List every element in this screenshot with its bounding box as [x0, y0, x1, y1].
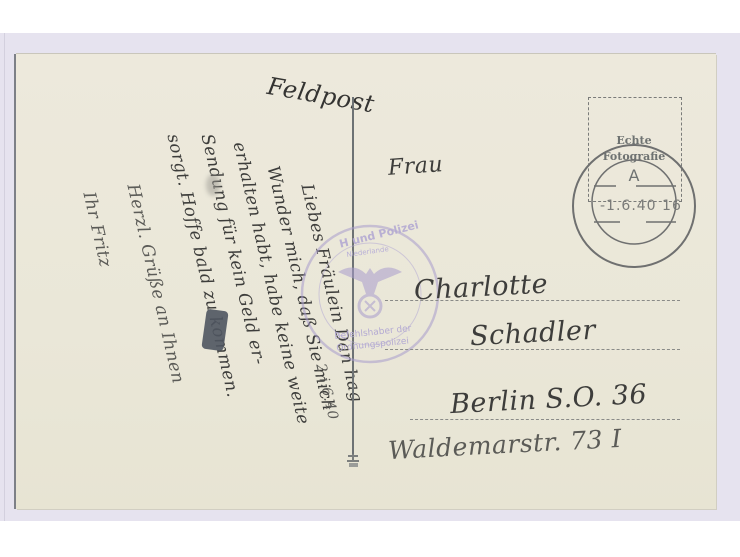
address-line-3	[410, 419, 680, 420]
message-line-6: Herzl. Grüße an Ihnen	[123, 182, 188, 386]
feldpost-label: Feldpost	[265, 72, 377, 118]
message-signature: Ihr Fritz	[79, 190, 116, 269]
printer-mark-icon	[345, 454, 361, 468]
address-city: Berlin S.O. 36	[449, 379, 648, 420]
stamp-box-line-2: Fotografie	[588, 150, 680, 163]
address-line-1	[385, 300, 680, 301]
center-divider	[352, 97, 354, 455]
address-salutation: Frau	[387, 152, 444, 181]
postcard: Feldpost Liebes Fräulein Dan hag Wunder …	[16, 54, 716, 509]
address-last-name: Schadler	[469, 315, 596, 353]
stamp-box-line-1: Echte	[588, 134, 680, 147]
postmark-date: -1.6.40 16	[600, 198, 682, 214]
scanner-edge	[4, 33, 5, 521]
stamp-box-letter: A	[588, 166, 680, 185]
address-street: Waldemarstr. 73 I	[387, 424, 622, 465]
smudge-mark	[206, 174, 220, 196]
address-line-2	[385, 349, 680, 350]
